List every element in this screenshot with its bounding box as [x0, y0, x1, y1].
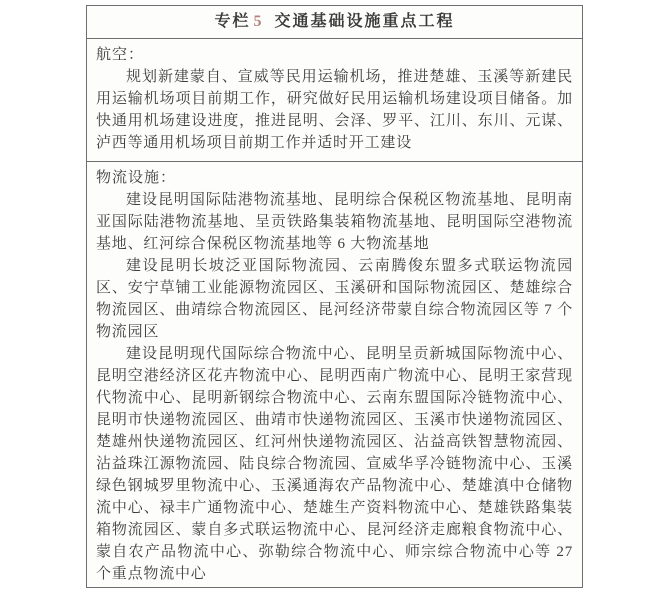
section-logistics-paragraph-parks: 建设昆明长坡泛亚国际物流园、云南腾俊东盟多式联运物流园区、安宁草铺工业能源物流园…	[96, 255, 573, 343]
box-title-prefix: 专栏	[214, 13, 250, 30]
section-aviation: 航空： 规划新建蒙自、宣威等民用运输机场，推进楚雄、玉溪等新建民用运输机场项目前…	[87, 39, 582, 161]
section-logistics: 物流设施： 建设昆明国际陆港物流基地、昆明综合保税区物流基地、昆明南亚国际陆港物…	[87, 161, 582, 592]
document-page: 专栏5交通基础设施重点工程 航空： 规划新建蒙自、宣威等民用运输机场，推进楚雄、…	[0, 0, 670, 595]
section-aviation-label: 航空：	[96, 44, 573, 66]
box-title-text: 交通基础设施重点工程	[275, 13, 455, 30]
section-logistics-paragraph-centers: 建设昆明现代国际综合物流中心、昆明呈贡新城国际物流中心、昆明空港经济区花卉物流中…	[96, 343, 573, 585]
box-title: 专栏5交通基础设施重点工程	[87, 6, 582, 39]
section-aviation-paragraph: 规划新建蒙自、宣威等民用运输机场，推进楚雄、玉溪等新建民用运输机场项目前期工作，…	[96, 66, 573, 154]
section-logistics-label: 物流设施：	[96, 167, 573, 189]
section-logistics-paragraph-bases: 建设昆明国际陆港物流基地、昆明综合保税区物流基地、昆明南亚国际陆港物流基地、呈贡…	[96, 189, 573, 255]
column-box: 专栏5交通基础设施重点工程 航空： 规划新建蒙自、宣威等民用运输机场，推进楚雄、…	[86, 5, 583, 588]
box-title-number: 5	[254, 13, 262, 30]
